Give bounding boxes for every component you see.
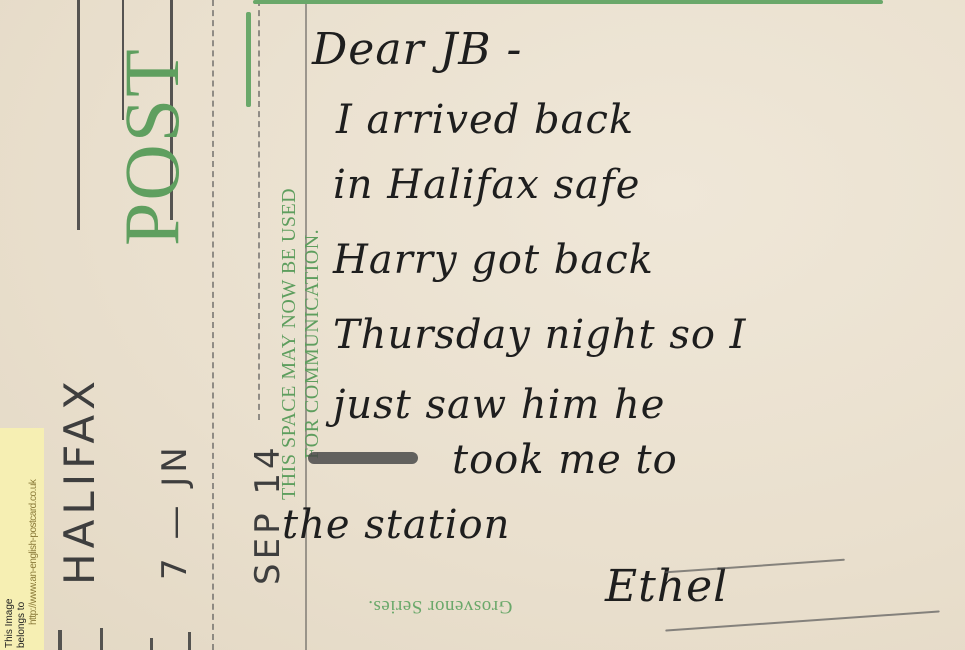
watermark-label-line1: This Image	[4, 599, 16, 648]
dashed-divider	[258, 0, 260, 420]
watermark-url: http://www.an-english-postcard.co.uk	[28, 480, 39, 625]
postmark-tick	[188, 632, 191, 650]
watermark-label: This Image belongs to	[4, 599, 28, 648]
postmark-tick	[150, 638, 153, 650]
postmark-city: HALIFAX	[55, 376, 104, 585]
message-line: just saw him he	[333, 385, 665, 425]
dashed-divider	[212, 0, 214, 650]
message-line: the station	[282, 505, 510, 545]
post-heading: POST	[113, 47, 191, 246]
message-line: Dear JB -	[312, 28, 522, 72]
message-line: took me to	[452, 440, 678, 480]
divider-rule	[77, 0, 80, 230]
postmark-tick	[100, 628, 103, 650]
postcard-back: POST THIS SPACE MAY NOW BE USED FOR COMM…	[0, 0, 965, 650]
message-line: Thursday night so I	[333, 315, 746, 355]
publisher-imprint: Grosvenor Series.	[325, 595, 555, 617]
signature-underline	[665, 610, 939, 631]
message-line: in Halifax safe	[333, 165, 640, 205]
postmark-date: 7 — JN	[155, 443, 195, 580]
struck-out-word	[308, 452, 418, 464]
green-vertical-rule	[246, 12, 251, 107]
postmark-tick	[58, 630, 62, 650]
green-top-rule	[253, 0, 883, 4]
message-line: Harry got back	[333, 240, 654, 280]
watermark-label-line2: belongs to	[16, 599, 28, 648]
message-line: I arrived back	[336, 100, 634, 140]
